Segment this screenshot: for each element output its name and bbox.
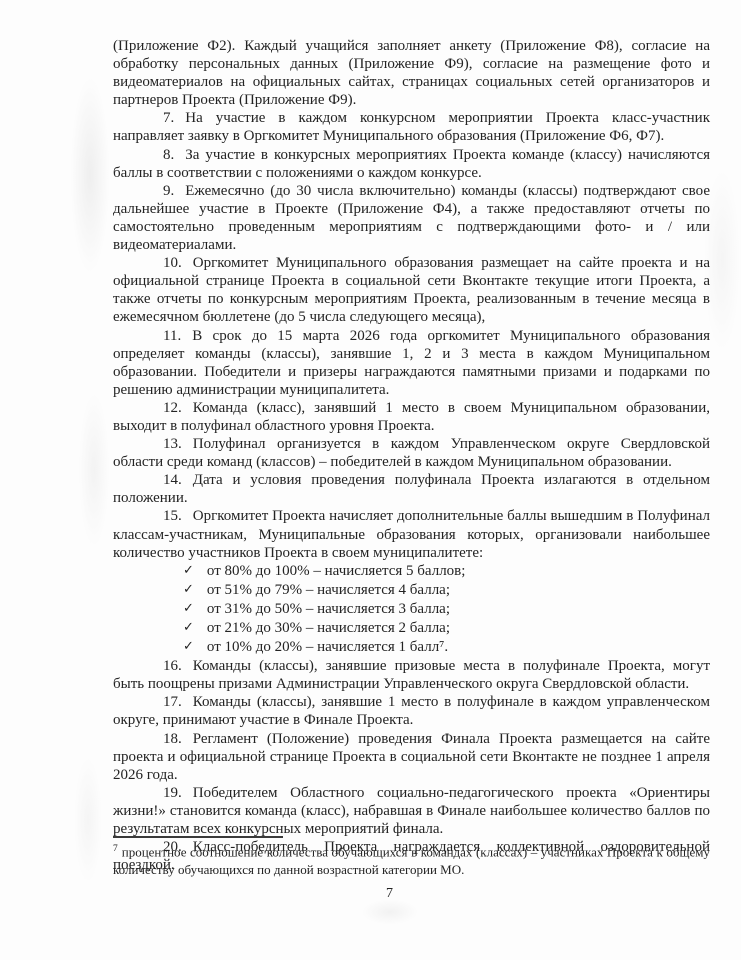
paragraph-number: 9. (163, 183, 174, 199)
paragraph-18: 18.Регламент (Положение) проведения Фина… (113, 730, 710, 784)
footnote-area: 7процентное соотношение количества обуча… (113, 836, 710, 878)
paragraph-8: 8.За участие в конкурсных мероприятиях П… (113, 146, 710, 182)
document-page: (Приложение Ф2). Каждый учащийся заполня… (0, 0, 741, 960)
check-item-label: от 51% до 79% – начисляется 4 балла; (207, 582, 450, 598)
paragraph-text: Дата и условия проведения полуфинала Про… (113, 472, 710, 506)
check-item-label: от 80% до 100% – начисляется 5 баллов; (207, 563, 466, 579)
paragraph-text: Оргкомитет Проекта начисляет дополнитель… (113, 508, 710, 560)
paragraph-19: 19.Победителем Областного социально-педа… (113, 784, 710, 838)
paragraph-text: Оргкомитет Муниципального образования ра… (113, 255, 710, 325)
checkmark-icon: ✓ (183, 600, 194, 618)
paragraph-13: 13.Полуфинал организуется в каждом Управ… (113, 435, 710, 471)
paragraph-6-continuation: (Приложение Ф2). Каждый учащийся заполня… (113, 37, 710, 109)
check-item-label: от 10% до 20% – начисляется 1 балл⁷. (207, 639, 448, 655)
page-number: 7 (0, 886, 741, 902)
paragraph-number: 8. (163, 147, 174, 163)
paragraph-text: Регламент (Положение) проведения Финала … (113, 731, 710, 783)
check-item-label: от 31% до 50% – начисляется 3 балла; (207, 601, 450, 617)
paragraph-12: 12.Команда (класс), занявший 1 место в с… (113, 399, 710, 435)
paragraph-text: В срок до 15 марта 2026 года оргкомитет … (113, 328, 710, 398)
footnote-separator (113, 836, 283, 838)
check-item: ✓от 21% до 30% – начисляется 2 балла; (183, 619, 710, 638)
footnote-marker: 7 (113, 844, 118, 854)
paragraph-number: 16. (163, 658, 182, 674)
paragraph-10: 10.Оргкомитет Муниципального образования… (113, 254, 710, 326)
paragraph-number: 7. (163, 110, 174, 126)
paragraph-number: 14. (163, 472, 182, 488)
paragraph-7: 7.На участие в каждом конкурсном меропри… (113, 109, 710, 145)
paragraph-text: Полуфинал организуется в каждом Управлен… (113, 436, 710, 470)
paragraph-14: 14.Дата и условия проведения полуфинала … (113, 471, 710, 507)
paragraph-text: На участие в каждом конкурсном мероприят… (113, 110, 710, 144)
paragraph-number: 12. (163, 400, 182, 416)
check-item: ✓от 10% до 20% – начисляется 1 балл⁷. (183, 638, 710, 657)
bonus-points-list: ✓от 80% до 100% – начисляется 5 баллов; … (113, 562, 710, 657)
paragraph-number: 18. (163, 731, 182, 747)
check-item: ✓от 80% до 100% – начисляется 5 баллов; (183, 562, 710, 581)
footnote-text: процентное соотношение количества обучаю… (113, 844, 710, 877)
footnote: 7процентное соотношение количества обуча… (113, 841, 710, 878)
check-item: ✓от 51% до 79% – начисляется 4 балла; (183, 581, 710, 600)
paragraph-text: Команды (классы), занявшие 1 место в пол… (113, 694, 710, 728)
paragraph-17: 17.Команды (классы), занявшие 1 место в … (113, 693, 710, 729)
paragraph-text: Команды (классы), занявшие призовые мест… (113, 658, 710, 692)
paragraph-text: Ежемесячно (до 30 числа включительно) ко… (113, 183, 710, 253)
paragraph-number: 11. (163, 328, 181, 344)
checkmark-icon: ✓ (183, 562, 194, 580)
paragraph-text: Победителем Областного социально-педагог… (113, 785, 710, 837)
checkmark-icon: ✓ (183, 581, 194, 599)
paragraph-number: 10. (163, 255, 182, 271)
paragraph-11: 11.В срок до 15 марта 2026 года оргкомит… (113, 327, 710, 399)
paragraph-9: 9.Ежемесячно (до 30 числа включительно) … (113, 182, 710, 254)
checkmark-icon: ✓ (183, 619, 194, 637)
paragraph-number: 15. (163, 508, 182, 524)
paragraph-number: 19. (163, 785, 182, 801)
paragraph-15: 15.Оргкомитет Проекта начисляет дополнит… (113, 507, 710, 561)
paragraph-text: Команда (класс), занявший 1 место в свое… (113, 400, 710, 434)
paragraph-number: 13. (163, 436, 182, 452)
paragraph-number: 17. (163, 694, 182, 710)
checkmark-icon: ✓ (183, 638, 194, 656)
paragraph-text: За участие в конкурсных мероприятиях Про… (113, 147, 710, 181)
paragraph-16: 16.Команды (классы), занявшие призовые м… (113, 657, 710, 693)
check-item: ✓от 31% до 50% – начисляется 3 балла; (183, 600, 710, 619)
check-item-label: от 21% до 30% – начисляется 2 балла; (207, 620, 450, 636)
text-block: (Приложение Ф2). Каждый учащийся заполня… (113, 37, 710, 874)
paragraph-text: (Приложение Ф2). Каждый учащийся заполня… (113, 38, 710, 108)
